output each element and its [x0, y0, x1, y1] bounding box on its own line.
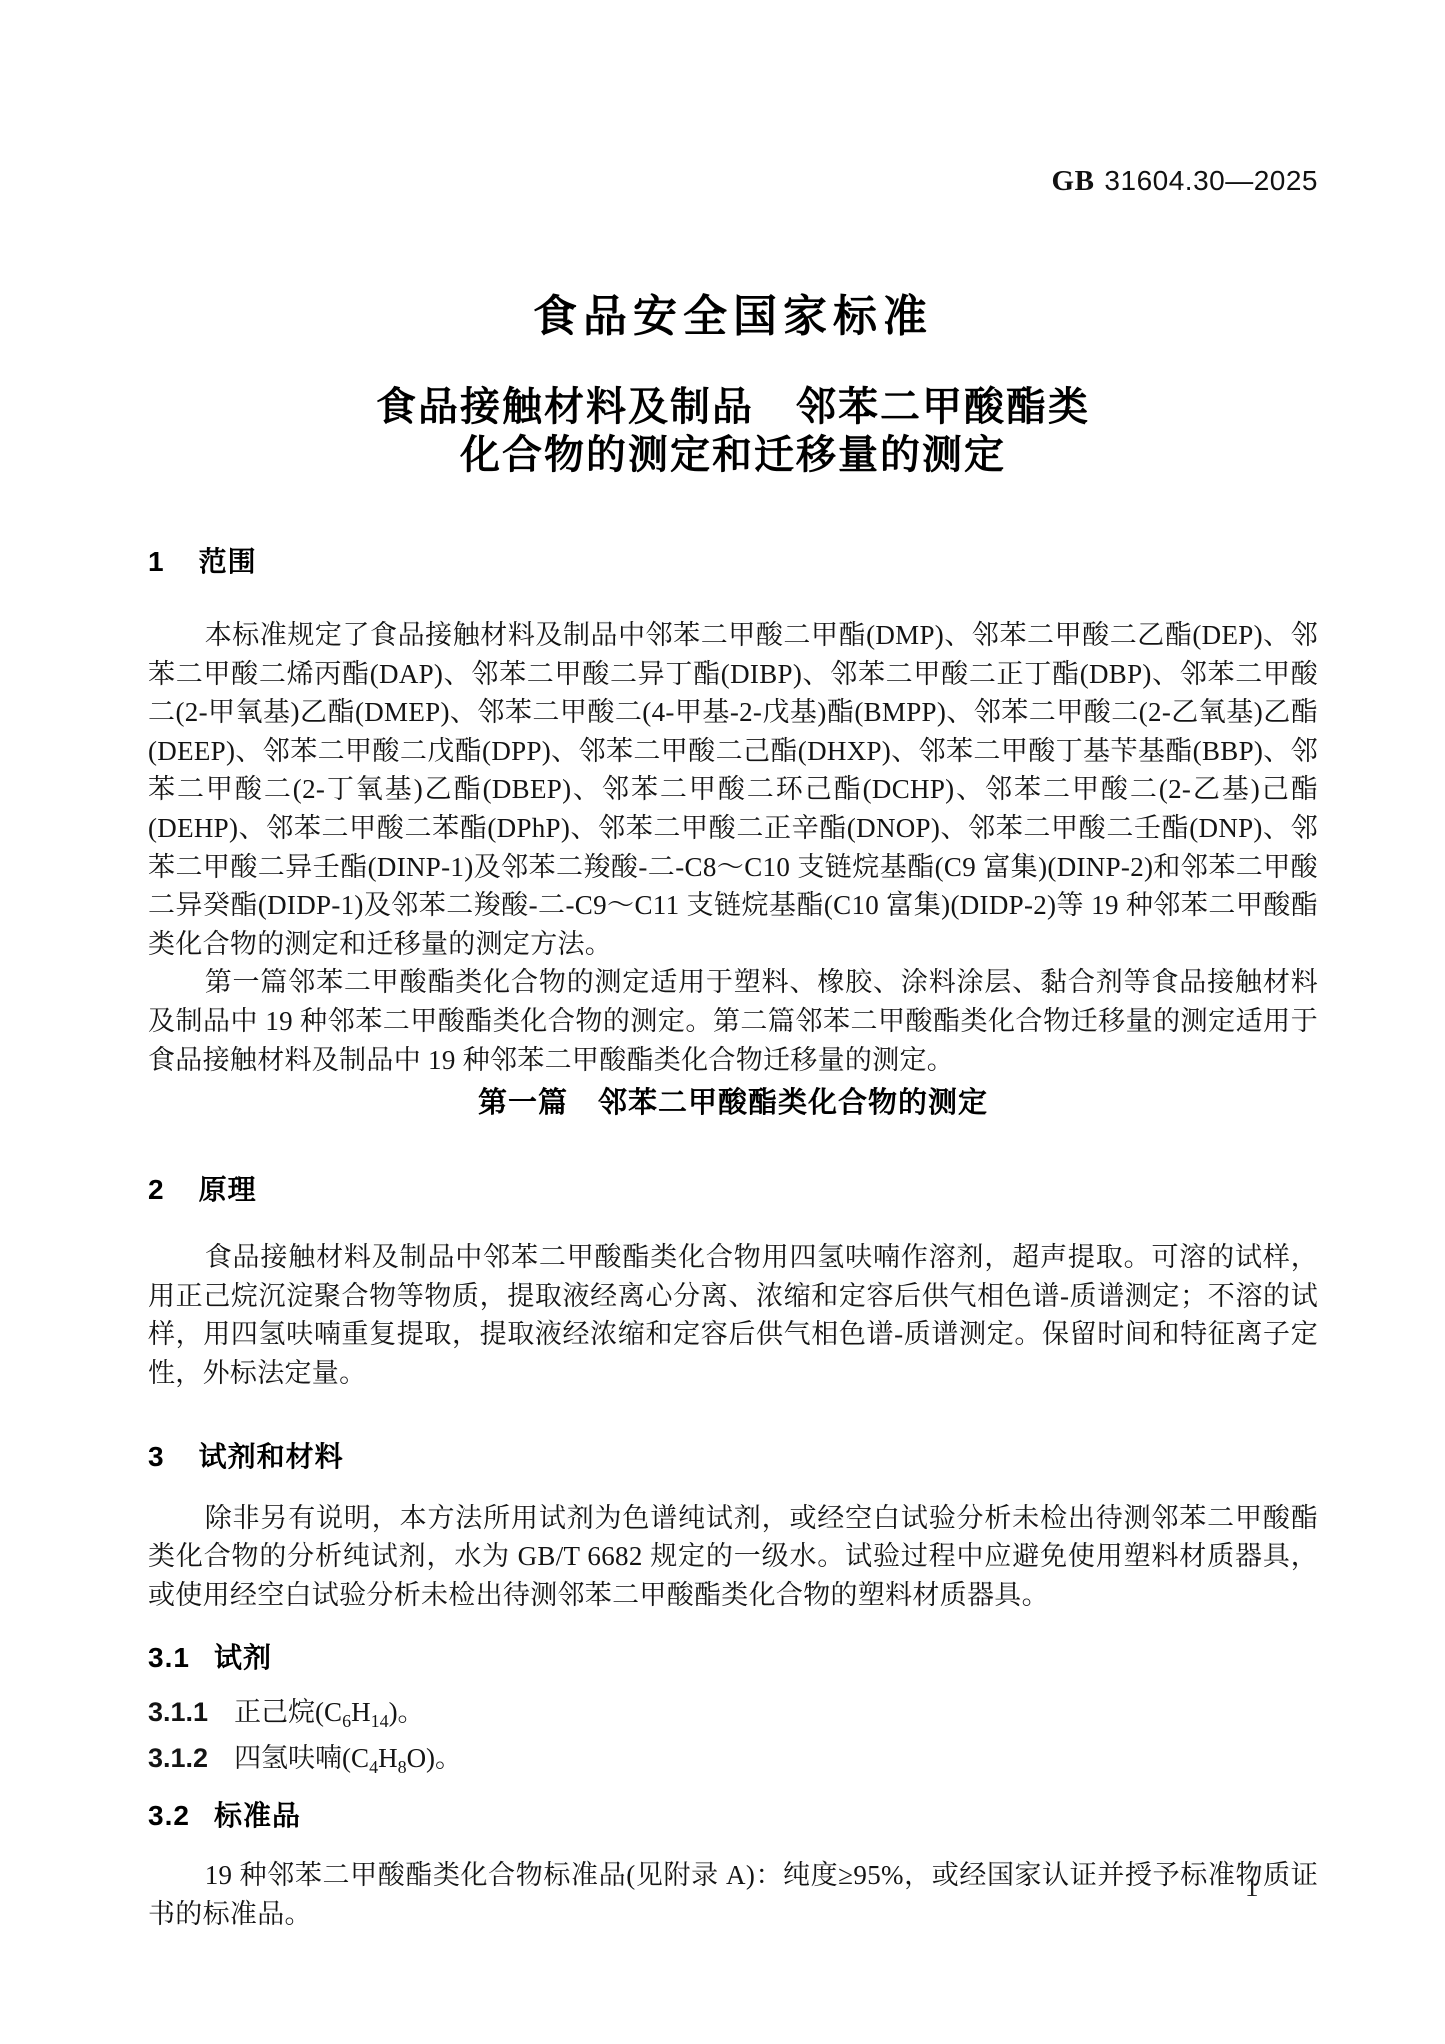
section-3-number: 3 [148, 1441, 165, 1472]
section-1-title: 范围 [199, 546, 257, 577]
scope-paragraph-1: 本标准规定了食品接触材料及制品中邻苯二甲酸二甲酯(DMP)、邻苯二甲酸二乙酯(D… [148, 616, 1318, 963]
section-2-title: 原理 [199, 1174, 257, 1205]
section-3-2-number: 3.2 [148, 1800, 190, 1831]
standard-number-value: 31604.30—2025 [1104, 165, 1318, 196]
section-3-2-heading: 3.2标准品 [148, 1800, 1318, 1832]
reagent-item-1-subscript-2: 14 [371, 1711, 389, 1731]
standard-number-prefix: GB [1052, 165, 1095, 197]
standard-subtitle-line2: 化合物的测定和迁移量的测定 [148, 431, 1318, 479]
section-3-1-heading: 3.1试剂 [148, 1642, 1318, 1674]
page-number: 1 [1245, 1872, 1259, 1903]
page-content: GB31604.30—2025 食品安全国家标准 食品接触材料及制品 邻苯二甲酸… [0, 165, 1445, 1933]
reagent-item-1-number: 3.1.1 [148, 1697, 208, 1727]
standard-number: GB31604.30—2025 [148, 165, 1318, 198]
section-3-2-title: 标准品 [214, 1800, 301, 1831]
section-2-number: 2 [148, 1174, 165, 1205]
reagent-item-2-text-3: O)。 [407, 1743, 463, 1773]
section-3-1-title: 试剂 [214, 1642, 272, 1673]
reagent-item-2-text-2: H [378, 1743, 398, 1773]
reagent-item-1-subscript-1: 6 [342, 1711, 351, 1731]
reagent-item-2-subscript-1: 4 [369, 1757, 378, 1777]
document-page: GB31604.30—2025 食品安全国家标准 食品接触材料及制品 邻苯二甲酸… [0, 0, 1445, 2044]
principle-paragraph: 食品接触材料及制品中邻苯二甲酸酯类化合物用四氢呋喃作溶剂，超声提取。可溶的试样，… [148, 1238, 1318, 1392]
standard-subtitle: 食品接触材料及制品 邻苯二甲酸酯类 化合物的测定和迁移量的测定 [148, 383, 1318, 479]
reagent-item-2-text: 四氢呋喃(C [234, 1743, 369, 1773]
part-1-heading: 第一篇 邻苯二甲酸酯类化合物的测定 [148, 1087, 1318, 1119]
section-3-heading: 3试剂和材料 [148, 1441, 1318, 1473]
reagent-item-hexane: 3.1.1正己烷(C6H14)。 [148, 1692, 1318, 1732]
reagents-intro-paragraph: 除非另有说明，本方法所用试剂为色谱纯试剂，或经空白试验分析未检出待测邻苯二甲酸酯… [148, 1499, 1318, 1615]
standards-paragraph: 19 种邻苯二甲酸酯类化合物标准品(见附录 A)：纯度≥95%，或经国家认证并授… [148, 1856, 1318, 1933]
reagent-item-1-text-3: )。 [389, 1697, 425, 1727]
section-3-title: 试剂和材料 [199, 1441, 344, 1472]
standard-title: 食品安全国家标准 [148, 293, 1318, 341]
scope-paragraph-2: 第一篇邻苯二甲酸酯类化合物的测定适用于塑料、橡胶、涂料涂层、黏合剂等食品接触材料… [148, 963, 1318, 1079]
section-1-heading: 1范围 [148, 546, 1318, 578]
standard-subtitle-line1: 食品接触材料及制品 邻苯二甲酸酯类 [148, 383, 1318, 431]
reagent-item-2-subscript-2: 8 [398, 1757, 407, 1777]
reagent-item-1-text-2: H [351, 1697, 371, 1727]
section-1-number: 1 [148, 546, 165, 577]
reagent-item-2-number: 3.1.2 [148, 1743, 208, 1773]
reagent-item-thf: 3.1.2四氢呋喃(C4H8O)。 [148, 1738, 1318, 1778]
section-2-heading: 2原理 [148, 1174, 1318, 1206]
reagent-item-1-text: 正己烷(C [234, 1697, 342, 1727]
section-3-1-number: 3.1 [148, 1642, 190, 1673]
